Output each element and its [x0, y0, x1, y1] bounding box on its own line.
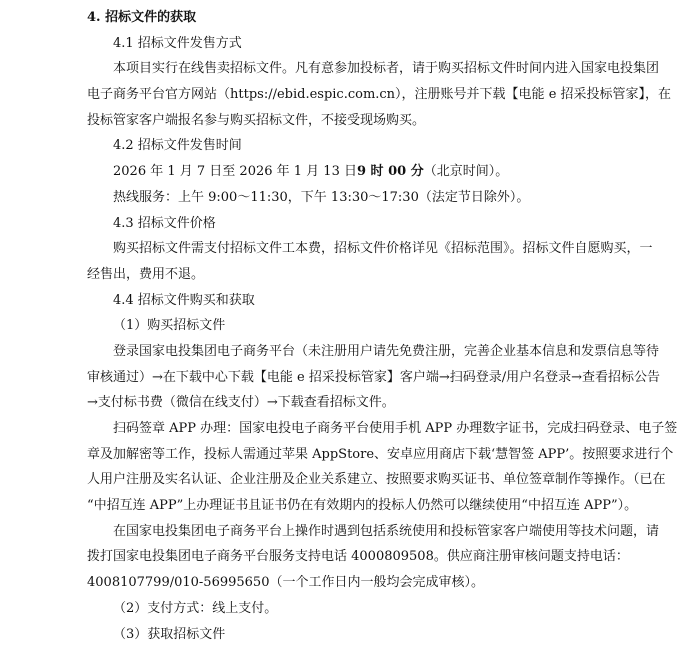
paragraph-line: 经售出，费用不退。: [87, 262, 622, 288]
paragraph-line: 购买招标文件需支付招标文件工本费，招标文件价格详见《招标范围》。招标文件自愿购买…: [87, 236, 622, 262]
paragraph-line: 审核通过）→在下载中心下载【电能 e 招采投标管家】客户端→扫码登录/用户名登录…: [87, 365, 622, 391]
paragraph-line: →支付标书费（微信在线支付）→下载查看招标文件。: [87, 390, 622, 416]
subsection-4-2-title: 4.2 招标文件发售时间: [87, 133, 622, 159]
paragraph-line: 登录国家电投集团电子商务平台（未注册用户请先免费注册，完善企业基本信息和发票信息…: [87, 339, 622, 365]
paragraph-line: 在国家电投集团电子商务平台上操作时遇到包括系统使用和投标管家客户端使用等技术问题…: [87, 519, 622, 545]
item-1-title: （1）购买招标文件: [87, 313, 622, 339]
hotline-hours: 热线服务：上午 9:00～11:30，下午 13:30～17:30（法定节日除外…: [87, 185, 622, 211]
subsection-4-3-title: 4.3 招标文件价格: [87, 211, 622, 237]
sale-date: 2026 年 1 月 7 日至 2026 年 1 月 13 日9 时 00 分（…: [87, 159, 622, 185]
subsection-4-4-title: 4.4 招标文件购买和获取: [87, 288, 622, 314]
item-2-payment: （2）支付方式：线上支付。: [87, 596, 622, 622]
paragraph-line: 扫码签章 APP 办理：国家电投电子商务平台使用手机 APP 办理数字证书，完成…: [87, 416, 622, 442]
paragraph-line: 投标管家客户端报名参与购买招标文件，不接受现场购买。: [87, 108, 622, 134]
paragraph-line: 电子商务平台官方网站（https://ebid.espic.com.cn），注册…: [87, 82, 622, 108]
paragraph-line: 章及加解密等工作，投标人需通过苹果 AppStore、安卓应用商店下载‘慧智签 …: [87, 442, 622, 468]
website-text: 电子商务平台官方网站（https://ebid.espic.com.cn），注册…: [87, 87, 671, 102]
timezone-note: （北京时间）。: [424, 164, 509, 179]
paragraph-line: 拨打国家电投集团电子商务平台服务支持电话 4000809508。供应商注册审核问…: [87, 544, 622, 570]
paragraph-line: 人用户注册及实名认证、企业注册及企业关系建立、按照要求购买证书、单位签章制作等操…: [87, 467, 622, 493]
paragraph-line: 本项目实行在线售卖招标文件。凡有意参加投标者，请于购买招标文件时间内进入国家电投…: [87, 56, 622, 82]
document-page: 4. 招标文件的获取 4.1 招标文件发售方式 本项目实行在线售卖招标文件。凡有…: [87, 5, 622, 647]
paragraph-line: “中招互连 APP”上办理证书且证书仍在有效期内的投标人仍然可以继续使用“中招互…: [87, 493, 622, 519]
end-time: 9 时 00 分: [357, 164, 424, 179]
subsection-4-1-title: 4.1 招标文件发售方式: [87, 31, 622, 57]
section-heading: 4. 招标文件的获取: [87, 5, 622, 31]
date-range: 2026 年 1 月 7 日至 2026 年 1 月 13 日: [113, 164, 357, 179]
paragraph-line: 4008107799/010-56995650（一个工作日内一般均会完成审核）。: [87, 570, 622, 596]
item-3-title: （3）获取招标文件: [87, 622, 622, 648]
